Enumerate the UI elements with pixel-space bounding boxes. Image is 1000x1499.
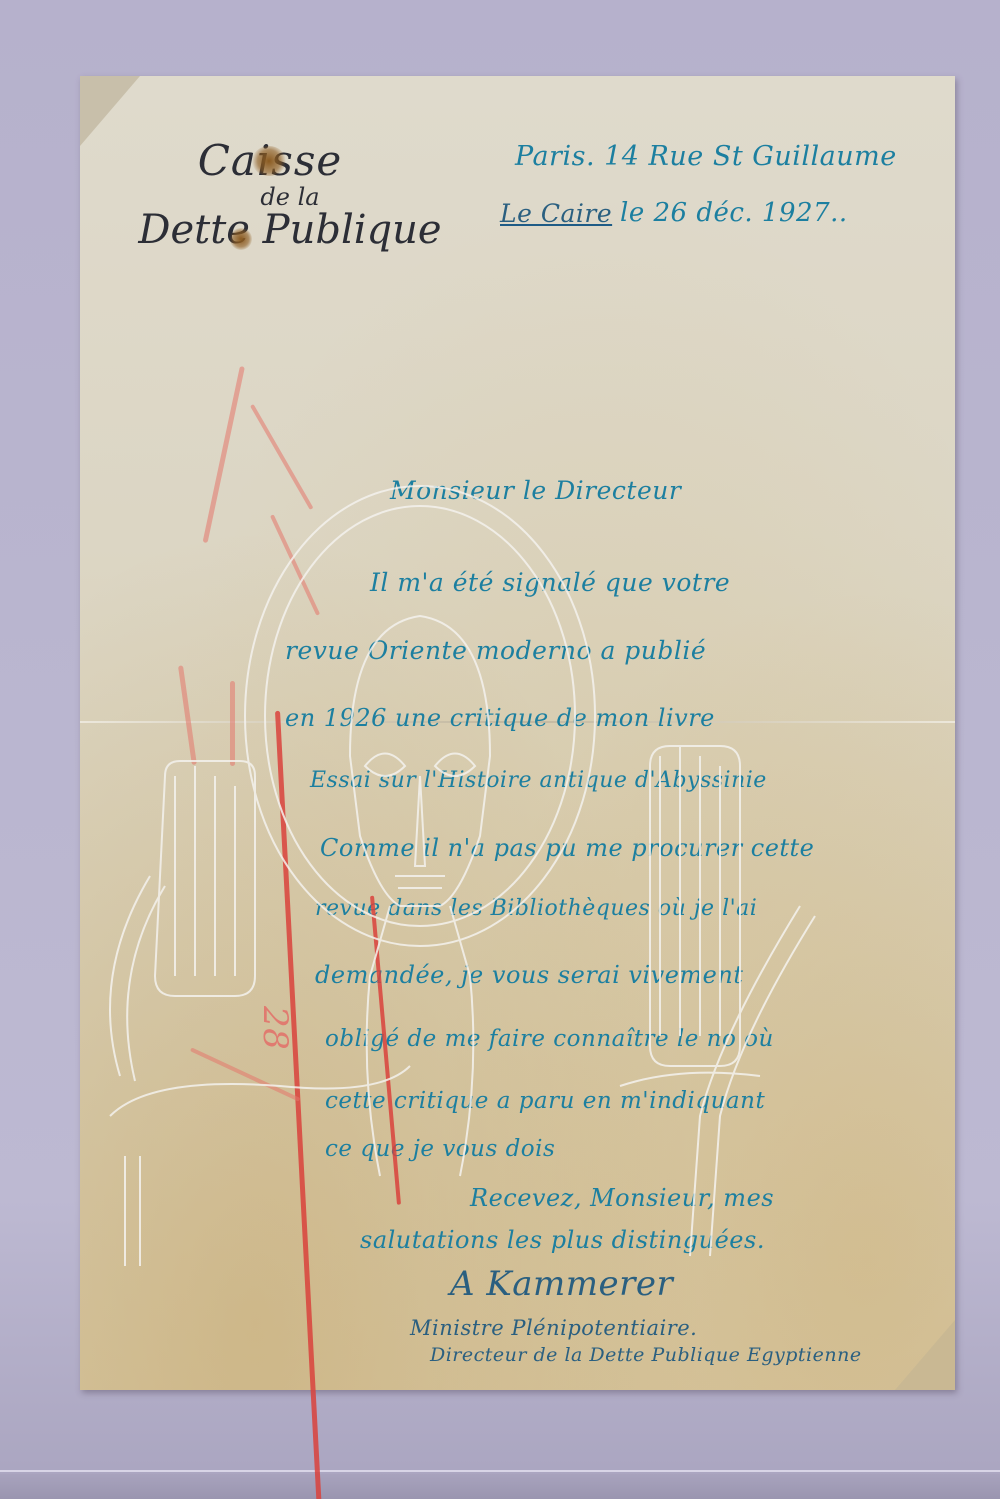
rust-stain bbox=[230, 228, 252, 250]
body-line: revue dans les Bibliothèques où je l'ai bbox=[315, 896, 757, 921]
closing-line: salutations les plus distinguées. bbox=[360, 1226, 765, 1254]
date-line: le 26 déc. 1927.. bbox=[620, 198, 848, 228]
salutation: Monsieur le Directeur bbox=[390, 476, 681, 505]
letter-paper: Caisse de la Dette Publique Paris. 14 Ru… bbox=[80, 76, 955, 1390]
signature-title: Ministre Plénipotentiaire. bbox=[410, 1316, 697, 1340]
red-crayon-stroke bbox=[178, 665, 197, 765]
place-struck: Le Caire bbox=[500, 199, 612, 228]
body-line: ce que je vous dois bbox=[325, 1136, 555, 1162]
corner-fold-bottom-right bbox=[895, 1320, 955, 1390]
body-line: Essai sur l'Histoire antique d'Abyssinie bbox=[310, 768, 767, 793]
body-line: en 1926 une critique de mon livre bbox=[285, 704, 715, 732]
body-line: Il m'a été signalé que votre bbox=[370, 568, 730, 597]
red-crayon-stroke bbox=[250, 404, 313, 510]
rust-stain bbox=[252, 146, 286, 176]
red-crayon-line bbox=[275, 711, 322, 1499]
body-line: obligé de me faire connaître le no où bbox=[325, 1026, 774, 1052]
mat-line bbox=[0, 1470, 1000, 1472]
address-line: Paris. 14 Rue St Guillaume bbox=[515, 141, 897, 172]
red-margin-number: 28 bbox=[255, 1006, 295, 1050]
red-crayon-stroke bbox=[190, 1047, 300, 1101]
mat-bottom bbox=[0, 1474, 1000, 1499]
signature: A Kammerer bbox=[450, 1264, 673, 1304]
body-line: Comme il n'a pas pu me procurer cette bbox=[320, 834, 814, 862]
letterhead-line-3: Dette Publique bbox=[120, 207, 460, 253]
red-crayon-stroke bbox=[230, 681, 235, 766]
red-crayon-stroke bbox=[270, 514, 320, 615]
letterhead: Caisse de la Dette Publique bbox=[120, 136, 460, 253]
red-crayon-stroke bbox=[203, 366, 245, 543]
signature-title: Directeur de la Dette Publique Egyptienn… bbox=[430, 1344, 862, 1366]
body-line: revue Oriente moderno a publié bbox=[285, 636, 706, 665]
closing-line: Recevez, Monsieur, mes bbox=[470, 1184, 774, 1212]
